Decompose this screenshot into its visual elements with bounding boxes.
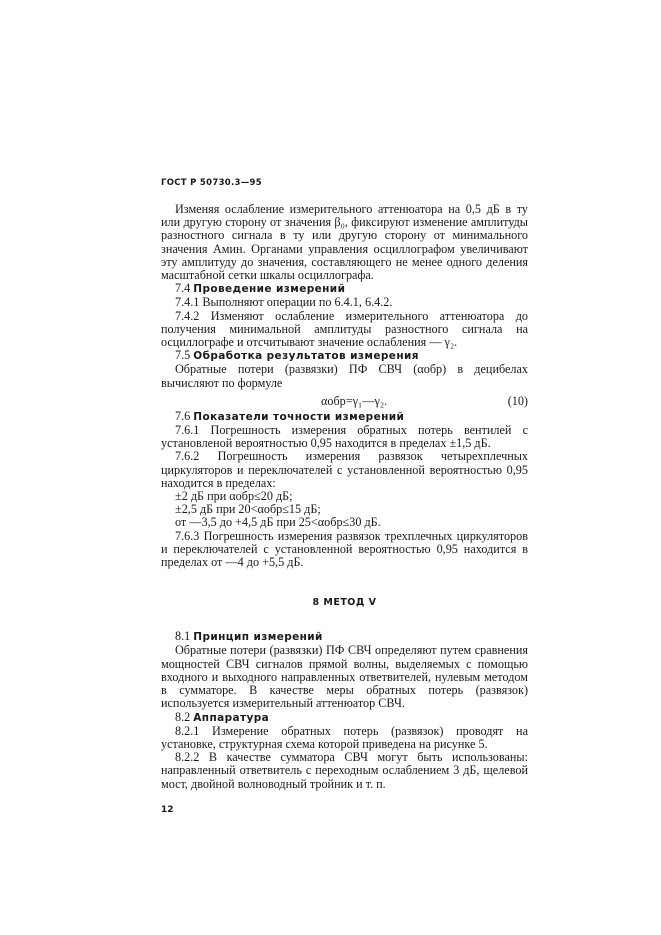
section-number: 7.6 [175,409,190,423]
section-title: Проведение измерений [193,283,345,295]
section-title: Показатели точности измерений [193,411,404,423]
section-7-5-heading: 7.5 Обработка результатов измерения [161,349,528,363]
section-8-2-heading: 8.2 Аппаратура [161,711,528,725]
section-title: Аппаратура [193,712,269,724]
section-number: 8.2 [175,710,190,724]
paragraph-8-2-1: 8.2.1 Измерение обратных потерь (развязо… [161,725,528,751]
section-8-title: 8 МЕТОД V [161,597,528,608]
page-number: 12 [161,805,528,815]
paragraph-7-6-2: 7.6.2 Погрешность измерения развязок чет… [161,450,528,490]
formula-expression: αобр=γ₁—γ₂. [321,393,387,410]
section-title: Принцип измерений [193,631,323,643]
section-number: 8.1 [175,629,190,643]
section-number: 7.5 [175,348,190,362]
section-8-1-heading: 8.1 Принцип измерений [161,630,528,644]
section-7-6-heading: 7.6 Показатели точности измерений [161,410,528,424]
formula-10: αобр=γ₁—γ₂. (10) [161,393,528,410]
paragraph-8-1: Обратные потери (развязки) ПФ СВЧ опреде… [161,644,528,710]
paragraph-7-6-1: 7.6.1 Погрешность измерения обратных пот… [161,424,528,450]
intro-paragraph: Изменяя ослабление измерительного аттеню… [161,203,528,282]
formula-number: (10) [508,393,528,410]
paragraph-7-4-2: 7.4.2 Изменяют ослабление измерительного… [161,310,528,350]
paragraph-7-4-1: 7.4.1 Выполняют операции по 6.4.1, 6.4.2… [161,296,528,309]
section-title: Обработка результатов измерения [193,350,419,362]
paragraph-8-2-2: 8.2.2 В качестве сумматора СВЧ могут быт… [161,751,528,791]
document-page: ГОСТ Р 50730.3—95 Изменяя ослабление изм… [161,178,528,815]
section-7-4-heading: 7.4 Проведение измерений [161,282,528,296]
paragraph-7-5: Обратные потери (развязки) ПФ СВЧ (αобр)… [161,363,528,389]
document-header: ГОСТ Р 50730.3—95 [161,178,528,188]
paragraph-7-6-3: 7.6.3 Погрешность измерения развязок тре… [161,530,528,570]
limit-item: от —3,5 до +4,5 дБ при 25<αобр≤30 дБ. [161,516,528,529]
section-number: 7.4 [175,281,190,295]
